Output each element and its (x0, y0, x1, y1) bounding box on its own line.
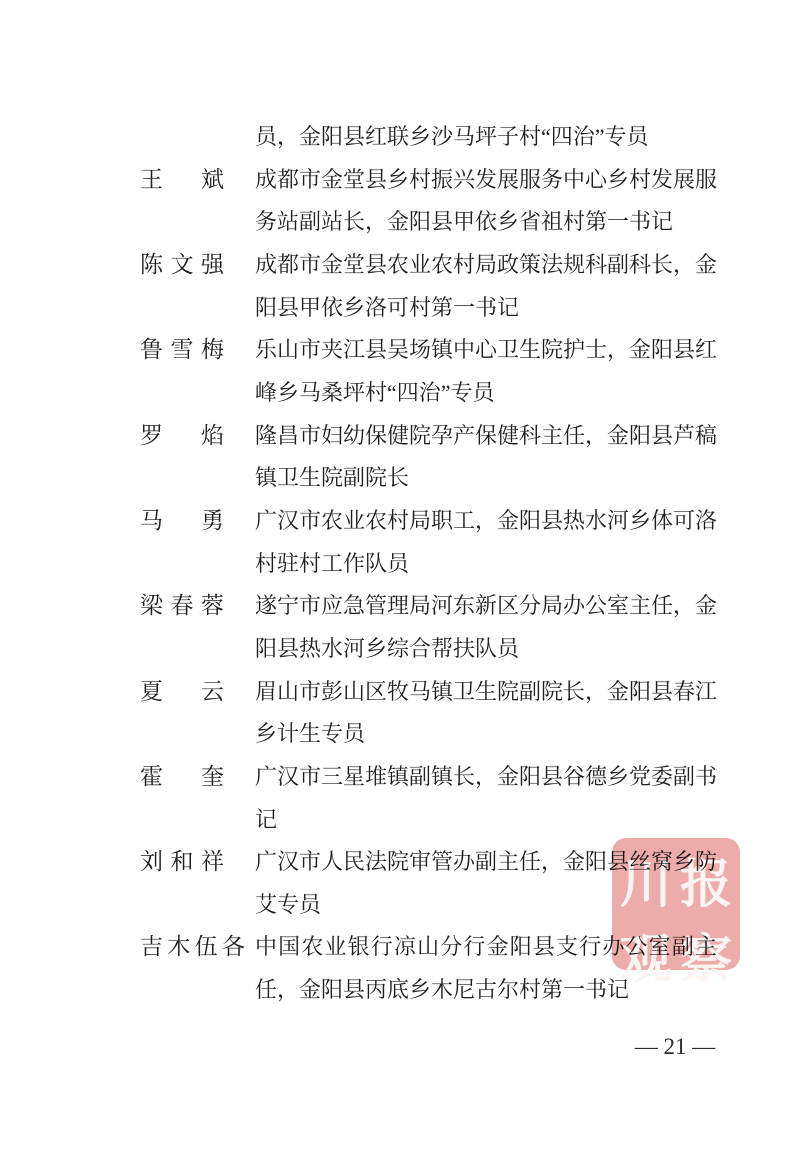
entry-name: 霍奎 (140, 756, 224, 799)
entry-position: 广汉市农业农村局职工，金阳县热水河乡体可洛村驻村工作队员 (255, 500, 717, 585)
document-page: 员，金阳县红联乡沙马坪子村“四治”专员 王斌 成都市金堂县乡村振兴发展服务中心乡… (0, 0, 800, 1162)
entry-name-cell: 吉木伍各 (140, 926, 255, 969)
roster-entry: 霍奎 广汉市三星堆镇副镇长，金阳县谷德乡党委副书记 (0, 756, 760, 841)
entry-position: 广汉市三星堆镇副镇长，金阳县谷德乡党委副书记 (255, 756, 717, 841)
entry-name-cell: 鲁雪梅 (140, 329, 255, 372)
roster-entry: 陈文强 成都市金堂县农业农村局政策法规科副科长，金阳县甲依乡洛可村第一书记 (0, 244, 760, 329)
seal-char-guan: 观 (616, 917, 676, 992)
entry-name-cell: 梁春蓉 (140, 585, 255, 628)
roster-entry: 王斌 成都市金堂县乡村振兴发展服务中心乡村发展服务站副站长，金阳县甲依乡省祖村第… (0, 159, 760, 244)
entry-name: 梁春蓉 (140, 585, 224, 628)
entry-name: 夏云 (140, 671, 224, 714)
entry-position: 员，金阳县红联乡沙马坪子村“四治”专员 (255, 116, 717, 159)
entry-name-cell: 夏云 (140, 671, 255, 714)
entry-position: 成都市金堂县农业农村局政策法规科副科长，金阳县甲依乡洛可村第一书记 (255, 244, 717, 329)
entry-position: 隆昌市妇幼保健院孕产保健科主任，金阳县芦稿镇卫生院副院长 (255, 415, 717, 500)
entry-position: 遂宁市应急管理局河东新区分局办公室主任，金阳县热水河乡综合帮扶队员 (255, 585, 717, 670)
entry-name-cell: 王斌 (140, 159, 255, 202)
entry-name-cell: 陈文强 (140, 244, 255, 287)
entry-name: 马勇 (140, 500, 224, 543)
page-number: — 21 — (615, 1034, 735, 1060)
roster-entry: 梁春蓉 遂宁市应急管理局河东新区分局办公室主任，金阳县热水河乡综合帮扶队员 (0, 585, 760, 670)
entry-name: 鲁雪梅 (140, 329, 224, 372)
entry-name-cell: 刘和祥 (140, 841, 255, 884)
seal-char-chuan: 川 (616, 842, 676, 917)
entry-name-cell: 霍奎 (140, 756, 255, 799)
roster-entry: 马勇 广汉市农业农村局职工，金阳县热水河乡体可洛村驻村工作队员 (0, 500, 760, 585)
seal-char-bao: 报 (676, 842, 736, 917)
entry-name: 陈文强 (140, 244, 224, 287)
entry-name: 吉木伍各 (140, 926, 245, 969)
entry-position: 成都市金堂县乡村振兴发展服务中心乡村发展服务站副站长，金阳县甲依乡省祖村第一书记 (255, 159, 717, 244)
roster-entry: 鲁雪梅 乐山市夹江县吴场镇中心卫生院护士，金阳县红峰乡马桑坪村“四治”专员 (0, 329, 760, 414)
watermark-seal: 川 报 观 察 (612, 838, 740, 970)
entry-name-cell: 罗焰 (140, 415, 255, 458)
entry-position: 乐山市夹江县吴场镇中心卫生院护士，金阳县红峰乡马桑坪村“四治”专员 (255, 329, 717, 414)
roster-entry: 夏云 眉山市彭山区牧马镇卫生院副院长，金阳县春江乡计生专员 (0, 671, 760, 756)
entry-name-cell: 马勇 (140, 500, 255, 543)
entry-name-cell (140, 116, 255, 159)
entry-position: 眉山市彭山区牧马镇卫生院副院长，金阳县春江乡计生专员 (255, 671, 717, 756)
entry-name: 刘和祥 (140, 841, 224, 884)
seal-char-cha: 察 (676, 917, 736, 992)
roster-entry: 员，金阳县红联乡沙马坪子村“四治”专员 (0, 116, 760, 159)
entry-name: 王斌 (140, 159, 224, 202)
entry-name: 罗焰 (140, 415, 224, 458)
roster-entry: 罗焰 隆昌市妇幼保健院孕产保健科主任，金阳县芦稿镇卫生院副院长 (0, 415, 760, 500)
